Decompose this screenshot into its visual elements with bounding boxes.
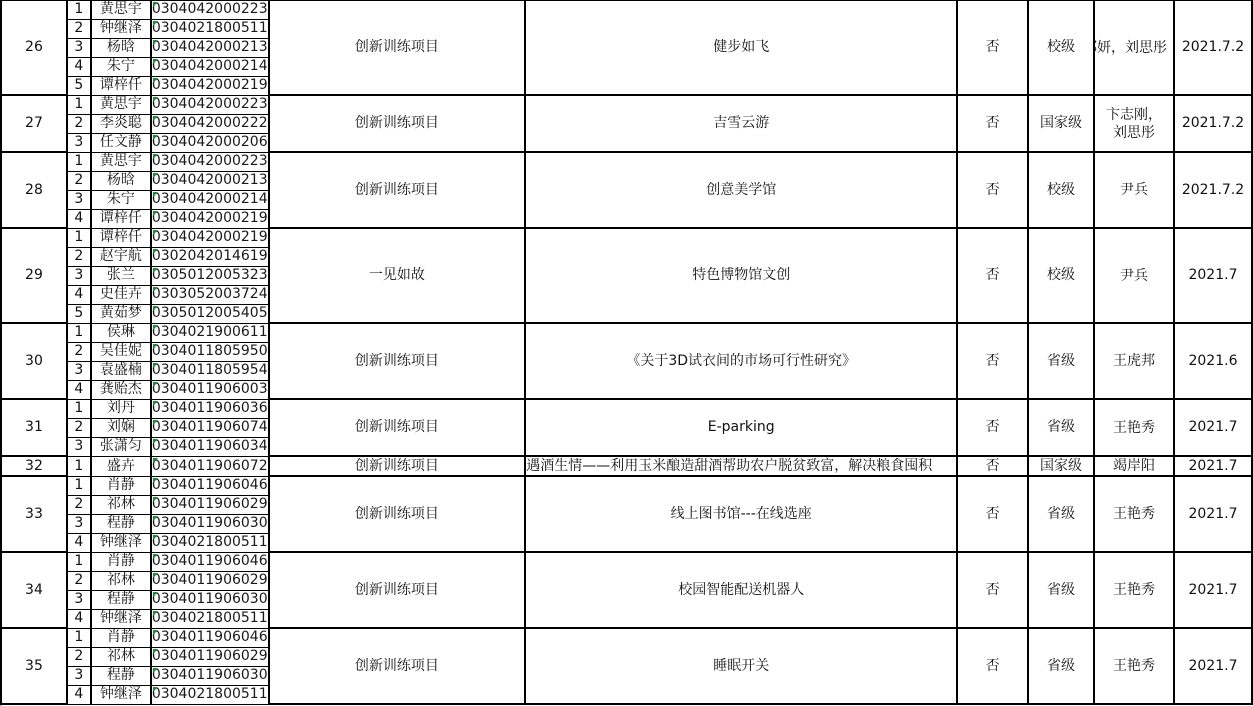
cell-member-index[interactable]: 1 [67,552,91,571]
cell-student-id[interactable]: 0304042000219 [151,76,269,95]
cell-student-id[interactable]: 0304042000213 [151,171,269,190]
cell-flag[interactable]: 否 [957,399,1028,456]
cell-member-index[interactable]: 1 [67,0,91,19]
cell-student-id[interactable]: 0304021800511 [151,685,269,704]
cell-level[interactable]: 省级 [1028,399,1094,456]
cell-project-name[interactable]: 睡眠开关 [525,628,957,704]
cell-member-name[interactable]: 朱宁 [91,190,151,209]
cell-member-name[interactable]: 肖静 [91,552,151,571]
cell-member-name[interactable]: 盛卉 [91,456,151,476]
cell-student-id[interactable]: 0302042014619 [151,247,269,266]
cell-date[interactable]: 2021.6 [1174,323,1252,399]
cell-student-id[interactable]: 0304021900611 [151,323,269,342]
cell-level[interactable]: 国家级 [1028,456,1094,476]
cell-level[interactable]: 校级 [1028,0,1094,95]
cell-project-name[interactable]: 健步如飞 [525,0,957,95]
cell-member-name[interactable]: 杨晗 [91,171,151,190]
cell-project-name[interactable]: 特色博物馆文创 [525,228,957,323]
cell-member-index[interactable]: 5 [67,304,91,323]
cell-project-type[interactable]: 创新训练项目 [269,399,526,456]
spreadsheet-grid: 261黄思宇0304042000223创新训练项目健步如飞否校级郭妍，刘思彤20… [0,0,1253,705]
cell-student-id[interactable]: 0304042000222 [151,114,269,133]
member-row: 331肖静0304011906046创新训练项目线上图书馆---在线选座否省级王… [1,476,1252,495]
cell-member-index[interactable]: 3 [67,437,91,456]
cell-student-id[interactable]: 0304011906072 [151,456,269,476]
cell-member-index[interactable]: 4 [67,609,91,628]
cell-project-name[interactable]: 遇酒生情——利用玉米酿造甜酒帮助农户脱贫致富，解决粮食囤积 [525,456,957,476]
cell-student-id[interactable]: 0304042000223 [151,0,269,19]
cell-member-index[interactable]: 1 [67,152,91,171]
cell-member-index[interactable]: 3 [67,590,91,609]
cell-member-name[interactable]: 祁林 [91,495,151,514]
cell-member-index[interactable]: 2 [67,342,91,361]
cell-project-name[interactable]: 校园智能配送机器人 [525,552,957,628]
cell-member-name[interactable]: 李炎聪 [91,114,151,133]
member-row: 261黄思宇0304042000223创新训练项目健步如飞否校级郭妍，刘思彤20… [1,0,1252,19]
cell-date[interactable]: 2021.7.2 [1174,0,1252,95]
cell-student-id[interactable]: 0304042000223 [151,95,269,114]
cell-flag[interactable]: 否 [957,552,1028,628]
cell-member-index[interactable]: 1 [67,95,91,114]
cell-student-id[interactable]: 0304011906034 [151,437,269,456]
cell-student-id[interactable]: 0304011906003 [151,380,269,399]
cell-member-name[interactable]: 谭梓仟 [91,76,151,95]
cell-student-id[interactable]: 0304011906046 [151,476,269,495]
cell-project-type[interactable]: 创新训练项目 [269,0,526,95]
cell-project-type[interactable]: 创新训练项目 [269,152,526,228]
cell-member-name[interactable]: 赵宇航 [91,247,151,266]
cell-member-name[interactable]: 杨晗 [91,38,151,57]
cell-member-name[interactable]: 钟继泽 [91,685,151,704]
cell-level[interactable]: 省级 [1028,476,1094,552]
cell-date[interactable]: 2021.7 [1174,399,1252,456]
cell-member-index[interactable]: 3 [67,38,91,57]
cell-member-index[interactable]: 4 [67,380,91,399]
cell-member-name[interactable]: 黄思宇 [91,0,151,19]
cell-student-id[interactable]: 0304021800511 [151,19,269,38]
cell-member-index[interactable]: 3 [67,190,91,209]
cell-member-index[interactable]: 3 [67,361,91,380]
cell-project-type[interactable]: 创新训练项目 [269,476,526,552]
cell-project-type[interactable]: 创新训练项目 [269,456,526,476]
cell-member-index[interactable]: 2 [67,571,91,590]
cell-project-type[interactable]: 创新训练项目 [269,95,526,152]
cell-member-name[interactable]: 朱宁 [91,57,151,76]
cell-member-name[interactable]: 程静 [91,514,151,533]
cell-project-no[interactable]: 29 [1,228,67,323]
cell-member-name[interactable]: 钟继泽 [91,533,151,552]
cell-project-name[interactable]: 线上图书馆---在线选座 [525,476,957,552]
cell-student-id[interactable]: 0305012005405 [151,304,269,323]
cell-flag[interactable]: 否 [957,628,1028,704]
cell-student-id[interactable]: 0304011906046 [151,552,269,571]
cell-student-id[interactable]: 0304011906030 [151,514,269,533]
cell-flag[interactable]: 否 [957,476,1028,552]
cell-member-name[interactable]: 黄思宇 [91,152,151,171]
cell-member-name[interactable]: 肖静 [91,628,151,647]
cell-flag[interactable]: 否 [957,95,1028,152]
cell-date[interactable]: 2021.7 [1174,456,1252,476]
cell-project-type[interactable]: 创新训练项目 [269,628,526,704]
cell-member-index[interactable]: 3 [67,666,91,685]
cell-date[interactable]: 2021.7.2 [1174,95,1252,152]
cell-member-name[interactable]: 张潇匀 [91,437,151,456]
cell-advisor[interactable]: 王艳秀 [1094,552,1174,628]
cell-advisor[interactable]: 尹兵 [1094,228,1174,323]
cell-student-id[interactable]: 0304011805950 [151,342,269,361]
cell-member-index[interactable]: 2 [67,19,91,38]
cell-advisor[interactable]: 竭岸阳 [1094,456,1174,476]
cell-student-id[interactable]: 0304011906036 [151,399,269,418]
cell-member-name[interactable]: 肖静 [91,476,151,495]
cell-advisor[interactable]: 郭妍，刘思彤 [1094,0,1174,95]
cell-flag[interactable]: 否 [957,152,1028,228]
cell-member-name[interactable]: 刘娴 [91,418,151,437]
cell-member-index[interactable]: 2 [67,171,91,190]
cell-project-no[interactable]: 30 [1,323,67,399]
cell-member-index[interactable]: 2 [67,418,91,437]
cell-member-index[interactable]: 2 [67,647,91,666]
cell-project-no[interactable]: 34 [1,552,67,628]
cell-student-id[interactable]: 0305012005323 [151,266,269,285]
cell-student-id[interactable]: 0304042000219 [151,209,269,228]
cell-member-name[interactable]: 祁林 [91,571,151,590]
cell-advisor[interactable]: 王艳秀 [1094,399,1174,456]
cell-project-no[interactable]: 27 [1,95,67,152]
cell-project-name[interactable]: 吉雪云游 [525,95,957,152]
cell-member-name[interactable]: 谭梓仟 [91,228,151,247]
cell-student-id[interactable]: 0304011906030 [151,590,269,609]
cell-member-index[interactable]: 1 [67,456,91,476]
cell-member-name[interactable]: 史佳卉 [91,285,151,304]
cell-advisor[interactable]: 王虎邦 [1094,323,1174,399]
cell-member-index[interactable]: 3 [67,133,91,152]
cell-member-name[interactable]: 袁盛楠 [91,361,151,380]
cell-project-type[interactable]: 一见如故 [269,228,526,323]
cell-student-id[interactable]: 0304021800511 [151,609,269,628]
member-row: 351肖静0304011906046创新训练项目睡眠开关否省级王艳秀2021.7 [1,628,1252,647]
cell-project-no[interactable]: 35 [1,628,67,704]
cell-member-name[interactable]: 侯琳 [91,323,151,342]
cell-member-index[interactable]: 1 [67,399,91,418]
cell-advisor[interactable]: 卞志刚，刘思彤 [1094,95,1174,152]
cell-advisor[interactable]: 王艳秀 [1094,476,1174,552]
cell-member-name[interactable]: 钟继泽 [91,19,151,38]
cell-date[interactable]: 2021.7 [1174,628,1252,704]
cell-member-name[interactable]: 吴佳妮 [91,342,151,361]
cell-project-type[interactable]: 创新训练项目 [269,552,526,628]
cell-member-index[interactable]: 2 [67,247,91,266]
cell-project-no[interactable]: 26 [1,0,67,95]
cell-student-id[interactable]: 0304011906029 [151,495,269,514]
cell-member-name[interactable]: 钟继泽 [91,609,151,628]
cell-student-id[interactable]: 0304011906030 [151,666,269,685]
cell-student-id[interactable]: 0303052003724 [151,285,269,304]
cell-member-index[interactable]: 4 [67,285,91,304]
cell-member-index[interactable]: 2 [67,495,91,514]
cell-level[interactable]: 校级 [1028,228,1094,323]
cell-member-name[interactable]: 龚贻杰 [91,380,151,399]
cell-member-name[interactable]: 黄茹梦 [91,304,151,323]
cell-student-id[interactable]: 0304042000223 [151,152,269,171]
cell-member-name[interactable]: 谭梓仟 [91,209,151,228]
cell-member-name[interactable]: 任文静 [91,133,151,152]
cell-flag[interactable]: 否 [957,0,1028,95]
member-row: 281黄思宇0304042000223创新训练项目创意美学馆否校级尹兵2021.… [1,152,1252,171]
cell-project-no[interactable]: 32 [1,456,67,476]
member-row: 311刘丹0304011906036创新训练项目E-parking否省级王艳秀2… [1,399,1252,418]
cell-member-index[interactable]: 1 [67,323,91,342]
cell-flag[interactable]: 否 [957,456,1028,476]
cell-student-id[interactable]: 0304011906029 [151,647,269,666]
cell-date[interactable]: 2021.7 [1174,476,1252,552]
cell-level[interactable]: 省级 [1028,323,1094,399]
cell-student-id[interactable]: 0304042000214 [151,190,269,209]
cell-member-index[interactable]: 3 [67,266,91,285]
cell-member-name[interactable]: 祁林 [91,647,151,666]
cell-member-index[interactable]: 1 [67,228,91,247]
cell-advisor[interactable]: 尹兵 [1094,152,1174,228]
cell-member-index[interactable]: 2 [67,114,91,133]
member-row: 291谭梓仟0304042000219一见如故特色博物馆文创否校级尹兵2021.… [1,228,1252,247]
cell-student-id[interactable]: 0304011906046 [151,628,269,647]
cell-member-name[interactable]: 程静 [91,666,151,685]
cell-student-id[interactable]: 0304042000214 [151,57,269,76]
cell-date[interactable]: 2021.7 [1174,228,1252,323]
cell-student-id[interactable]: 0304011805954 [151,361,269,380]
cell-level[interactable]: 国家级 [1028,95,1094,152]
cell-member-name[interactable]: 刘丹 [91,399,151,418]
cell-project-no[interactable]: 28 [1,152,67,228]
member-row: 341肖静0304011906046创新训练项目校园智能配送机器人否省级王艳秀2… [1,552,1252,571]
cell-project-type[interactable]: 创新训练项目 [269,323,526,399]
cell-project-name[interactable]: 创意美学馆 [525,152,957,228]
cell-level[interactable]: 省级 [1028,628,1094,704]
cell-member-index[interactable]: 3 [67,514,91,533]
cell-project-no[interactable]: 31 [1,399,67,456]
cell-student-id[interactable]: 0304011906029 [151,571,269,590]
cell-student-id[interactable]: 0304011906074 [151,418,269,437]
cell-flag[interactable]: 否 [957,228,1028,323]
cell-member-index[interactable]: 1 [67,628,91,647]
cell-flag[interactable]: 否 [957,323,1028,399]
cell-member-name[interactable]: 程静 [91,590,151,609]
cell-date[interactable]: 2021.7 [1174,552,1252,628]
cell-member-name[interactable]: 张兰 [91,266,151,285]
cell-member-index[interactable]: 4 [67,209,91,228]
cell-student-id[interactable]: 0304042000219 [151,228,269,247]
cell-project-name[interactable]: E-parking [525,399,957,456]
cell-student-id[interactable]: 0304042000206 [151,133,269,152]
cell-member-index[interactable]: 1 [67,476,91,495]
cell-member-name[interactable]: 黄思宇 [91,95,151,114]
cell-member-index[interactable]: 5 [67,76,91,95]
cell-level[interactable]: 省级 [1028,552,1094,628]
cell-student-id[interactable]: 0304042000213 [151,38,269,57]
member-row: 301侯琳0304021900611创新训练项目《关于3D试衣间的市场可行性研究… [1,323,1252,342]
member-row: 271黄思宇0304042000223创新训练项目吉雪云游否国家级卞志刚，刘思彤… [1,95,1252,114]
cell-member-index[interactable]: 4 [67,533,91,552]
cell-project-no[interactable]: 33 [1,476,67,552]
cell-member-index[interactable]: 4 [67,685,91,704]
cell-project-name[interactable]: 《关于3D试衣间的市场可行性研究》 [525,323,957,399]
member-row: 321盛卉0304011906072创新训练项目遇酒生情——利用玉米酿造甜酒帮助… [1,456,1252,476]
cell-level[interactable]: 校级 [1028,152,1094,228]
cell-date[interactable]: 2021.7.2 [1174,152,1252,228]
cell-student-id[interactable]: 0304021800511 [151,533,269,552]
cell-advisor[interactable]: 王艳秀 [1094,628,1174,704]
cell-member-index[interactable]: 4 [67,57,91,76]
